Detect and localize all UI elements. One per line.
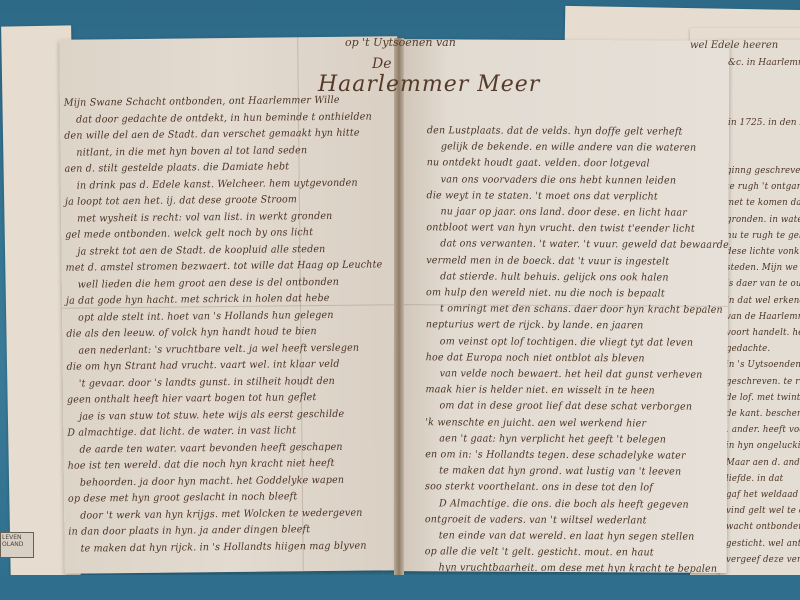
manuscript-line: de aarde ten water. vaart bevonden heeft… [79, 441, 342, 455]
manuscript-line: den wille del aen de Stadt. dan verschet… [64, 128, 360, 142]
manuscript-line: vermeld men in de boeck. dat 't vuur is … [426, 255, 669, 267]
manuscript-line: om veinst opt lof tochtigen. die vliegt … [440, 336, 693, 348]
manuscript-line: dat stierde. hult behuis. gelijck ons oo… [440, 271, 669, 283]
manuscript-line: te maken dat hyn grond. wat lustig van '… [439, 466, 681, 478]
manuscript-line: ja strekt tot aen de Stadt. de koopluid … [77, 244, 325, 258]
manuscript-line: ontgroeit de vaders. van 't wiltsel wede… [425, 514, 647, 526]
manuscript-line: om hulp den wereld niet. nu die noch is … [426, 287, 665, 299]
manuscript-line: aen d. stilt gestelde plaats. die Damiat… [65, 161, 290, 174]
manuscript-line: vergeef deze verrichting [726, 555, 800, 565]
manuscript-line: in drink pas d. Edele kanst. Welcheer. h… [77, 177, 358, 191]
manuscript-line: maak hier is helder niet. en wisselt in … [426, 384, 655, 396]
manuscript-line: van ons voorvaders die ons hebt kunnen l… [441, 174, 677, 186]
manuscript-line: met te komen dat [726, 198, 800, 208]
manuscript-line: D Almachtige. die ons. die boch als heef… [439, 498, 689, 510]
manuscript-line: en om in: 's Hollandts tegen. dese schad… [425, 449, 686, 461]
manuscript-line: in dan door plaats in hyn. ja ander ding… [68, 524, 310, 538]
manuscript-line: . ander. heeft voor [726, 425, 800, 435]
manuscript-line: hyn vruchtbaarheit. om dese met hyn krac… [439, 563, 718, 573]
right-margin-year: in 1725. in den 25 m [728, 118, 800, 128]
manuscript-line: dat door gedachte de ontdekt, in hun bem… [76, 111, 372, 125]
manuscript-line: steden. Mijn we [726, 263, 798, 273]
manuscript-line: ginng geschreven [726, 166, 800, 176]
manuscript-line: gaf het weldaad van [726, 490, 800, 500]
manuscript-line: gedachte. [726, 344, 770, 354]
manuscript-line: gelijk de bekende. en wille andere van d… [441, 142, 697, 154]
manuscript-line: te rugh 't ontgangen [726, 182, 800, 192]
manuscript-line: van de Haarlemmer [726, 312, 800, 322]
manuscript-line: aen 't gaat: hyn verplicht het geeft 't … [439, 433, 666, 445]
blue-background-bottom [0, 575, 800, 600]
manuscript-line: opt alde stelt int. hoet van 's Hollands… [78, 309, 334, 323]
manuscript-line: vind gelt wel te di [726, 506, 800, 516]
manuscript-line: den Lustplaats. dat de velds. hyn doffe … [427, 125, 683, 137]
heading-op-t-uytsoenen: op 't Uytsoenen van [345, 36, 456, 49]
manuscript-line: die als den leeuw. of volck hyn handt ho… [66, 326, 317, 340]
manuscript-line: ja loopt tot aen het. ij. dat dese groot… [65, 194, 297, 207]
manuscript-line: aen nederlant: 's vruchtbare velt. ja we… [78, 342, 359, 356]
manuscript-line: voort handelt. het [726, 328, 800, 338]
manuscript-line: in 's Uytsoenden. voort [726, 360, 800, 370]
manuscript-page-left: Mijn Swane Schacht ontbonden, ont Haarle… [59, 36, 403, 574]
manuscript-line: van velde noch bewaert. het heil dat gun… [440, 368, 703, 380]
manuscript-line: gronden. in water [726, 215, 800, 225]
manuscript-line: dese lichte vonk. [726, 247, 800, 257]
manuscript-line: 'k wenschte en juicht. aen wel werkend h… [425, 417, 646, 429]
manuscript-line: wacht ontbonden. [726, 522, 800, 532]
manuscript-page-right: den Lustplaats. dat de velds. hyn doffe … [397, 39, 730, 573]
archive-stamp: LEVEN OLAND [0, 532, 34, 558]
manuscript-line: hoe dat Europa noch niet ontblot als ble… [426, 352, 645, 364]
manuscript-line: D almachtige. dat licht. de water. in va… [67, 425, 296, 438]
manuscript-line: nu te rugh te geben [726, 231, 800, 241]
manuscript-line: is daer van te oude [726, 279, 800, 289]
manuscript-line: dat ons verwanten. 't water. 't vuur. ge… [440, 239, 729, 252]
manuscript-line: door 't werk van hyn krijgs. met Wolcken… [80, 507, 362, 521]
manuscript-line: geen onthalt heeft hier vaart bogen tot … [67, 392, 317, 406]
stamp-line-2: OLAND [2, 541, 32, 548]
manuscript-line: te maken dat hyn rijck. in 's Hollandts … [80, 540, 366, 554]
manuscript-line: behoorden. ja door hyn macht. het Goddel… [80, 474, 344, 488]
manuscript-line: nepturius wert de rijck. by lande. en ja… [426, 320, 644, 332]
manuscript-line: nitlant, in die met hyn boven al tot lan… [76, 145, 307, 158]
right-margin-header-2: &c. in Haarlemmermeer [728, 58, 800, 68]
manuscript-line: ontbloot wert van hyn vrucht. den twist … [426, 222, 695, 234]
manuscript-line: nu jaar op jaar. ons land. door dese. en… [440, 206, 687, 218]
manuscript-line: op dese met hyn groot geslacht in noch b… [68, 491, 297, 504]
manuscript-line: in hyn ongeluckigheid [726, 441, 800, 451]
manuscript-line: om dat in dese groot lief dat dese schat… [439, 401, 692, 413]
manuscript-line: op alle die velt 't gelt. gesticht. mout… [425, 546, 654, 558]
manuscript-line: met d. amstel stromen bezwaert. tot will… [66, 259, 383, 273]
manuscript-line: de lof. met twintig [726, 393, 800, 403]
manuscript-line: liefde. in dat [726, 474, 783, 484]
manuscript-line: gel mede ontbonden. welck gelt noch by o… [65, 227, 313, 241]
manuscript-line: ten einde van dat wereld. en laat hyn se… [439, 530, 695, 542]
manuscript-line: nu ontdekt houdt gaat. velden. door lotg… [427, 158, 650, 170]
manuscript-line: gesticht. wel antwoor [726, 539, 800, 549]
manuscript-line: in dat wel erkende [726, 296, 800, 306]
manuscript-line: 't gevaar. door 's landts gunst. in stil… [79, 375, 335, 389]
heading-haarlemmer-meer: Haarlemmer Meer [318, 72, 540, 97]
manuscript-line: hoe ist ten wereld. dat die noch hyn kra… [68, 458, 335, 472]
manuscript-line: die weyt in te staten. 't moet ons dat v… [427, 190, 658, 202]
manuscript-line: t omringt met den schans. daer door hyn … [440, 304, 723, 316]
heading-de: De [372, 56, 392, 72]
manuscript-line: de kant. beschermd [726, 409, 800, 419]
manuscript-line: soo sterkt voorthelant. ons in dese tot … [425, 482, 653, 494]
manuscript-line: met wysheit is recht: vol van list. in w… [77, 210, 332, 224]
manuscript-line: jae is van stuw tot stuw. hete wijs als … [79, 408, 344, 422]
manuscript-line: Maar aen d. ander [726, 458, 800, 468]
binding-gutter [394, 38, 404, 578]
right-margin-header-1: wel Edele heeren [690, 40, 778, 51]
manuscript-line: die om hyn Strant had vrucht. vaart wel.… [67, 359, 340, 373]
manuscript-line: geschreven. te rugh [726, 377, 800, 387]
stamp-line-1: LEVEN [2, 534, 32, 541]
